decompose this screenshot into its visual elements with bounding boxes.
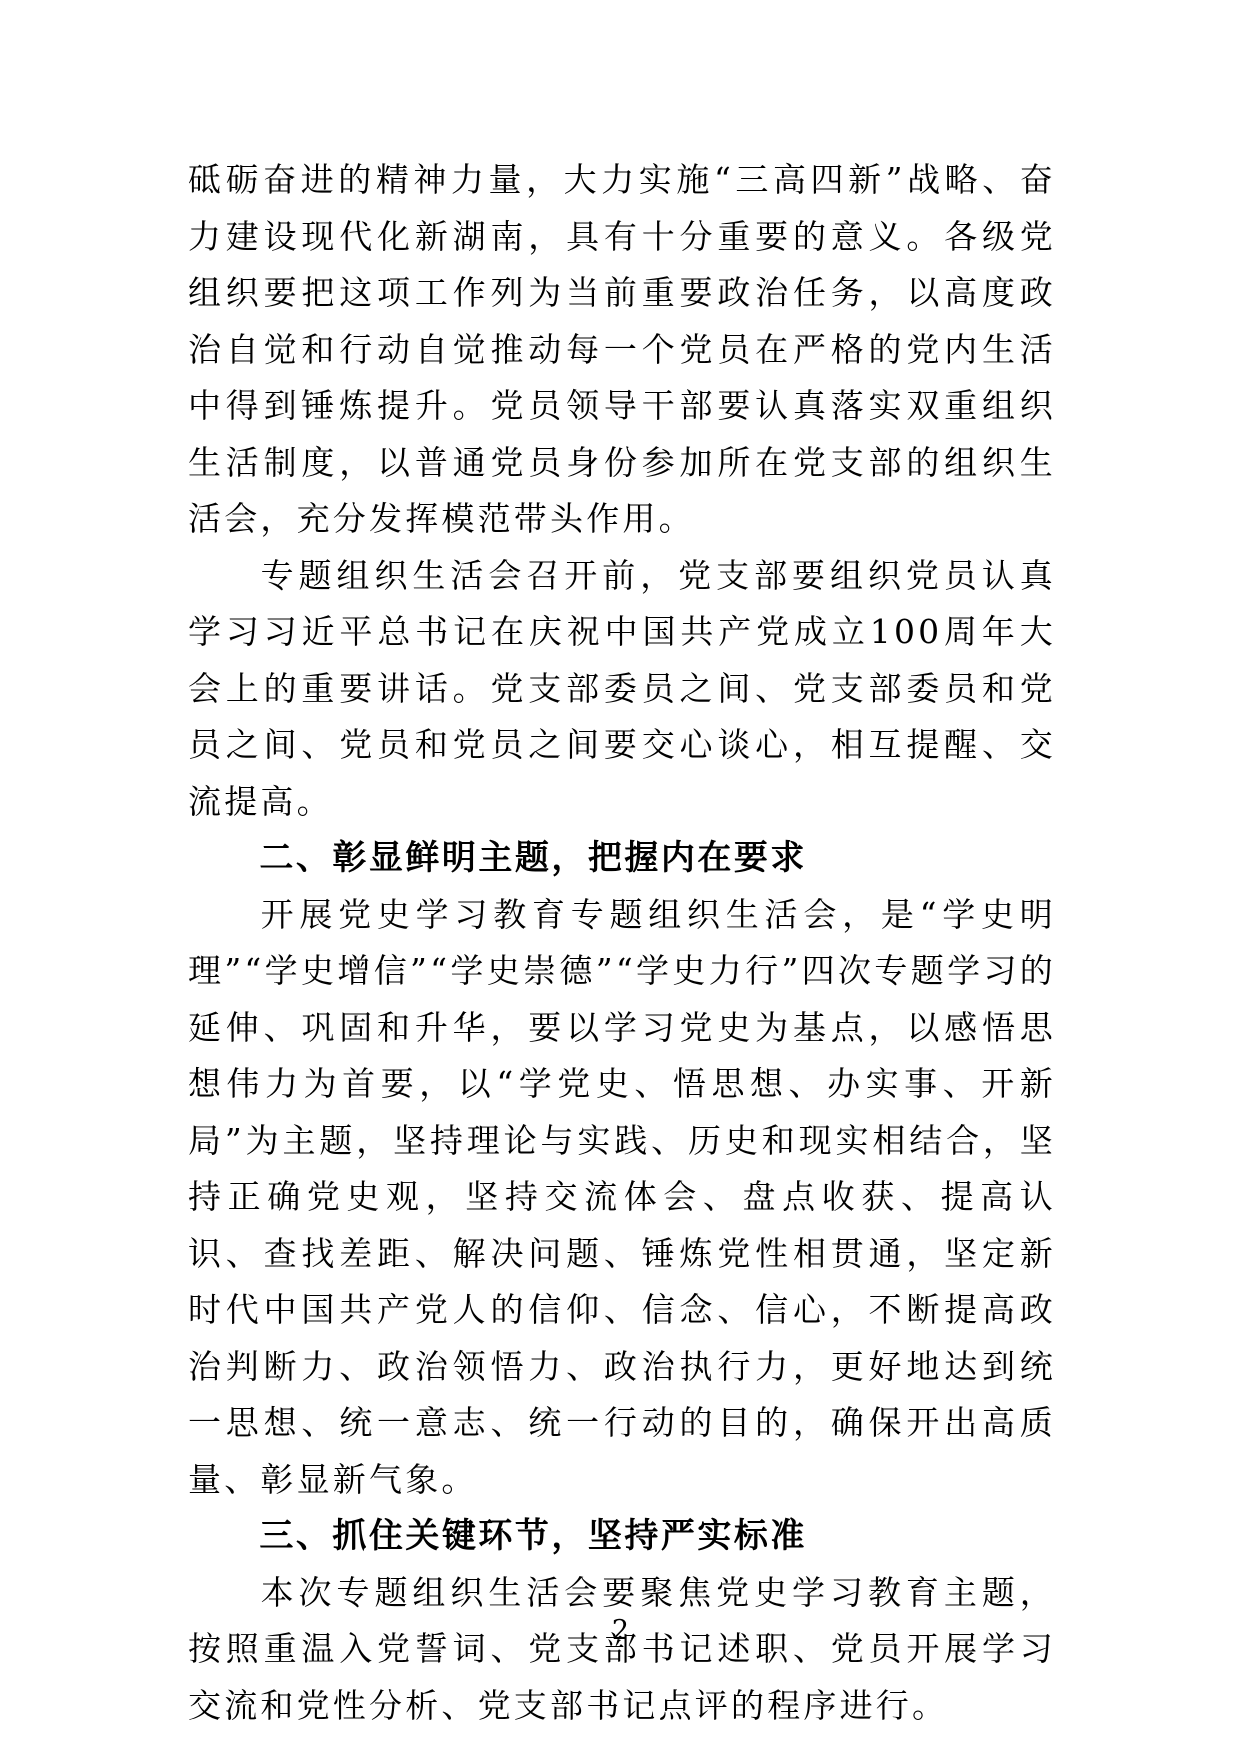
document-body: 砥砺奋进的精神力量，大力实施“三高四新”战略、奋力建设现代化新湖南，具有十分重要… — [188, 152, 1056, 1734]
paragraph: 本次专题组织生活会要聚焦党史学习教育主题，按照重温入党誓词、党支部书记述职、党员… — [188, 1565, 1056, 1735]
document-page: 砥砺奋进的精神力量，大力实施“三高四新”战略、奋力建设现代化新湖南，具有十分重要… — [0, 0, 1241, 1755]
section-heading-2: 二、彰显鲜明主题，把握内在要求 — [188, 830, 1056, 887]
paragraph-continuation: 砥砺奋进的精神力量，大力实施“三高四新”战略、奋力建设现代化新湖南，具有十分重要… — [188, 152, 1056, 548]
page-number: 2 — [0, 1615, 1241, 1646]
paragraph: 专题组织生活会召开前，党支部要组织党员认真学习习近平总书记在庆祝中国共产党成立1… — [188, 548, 1056, 831]
paragraph: 开展党史学习教育专题组织生活会，是“学史明理”“学史增信”“学史崇德”“学史力行… — [188, 887, 1056, 1509]
section-heading-3: 三、抓住关键环节，坚持严实标准 — [188, 1508, 1056, 1565]
